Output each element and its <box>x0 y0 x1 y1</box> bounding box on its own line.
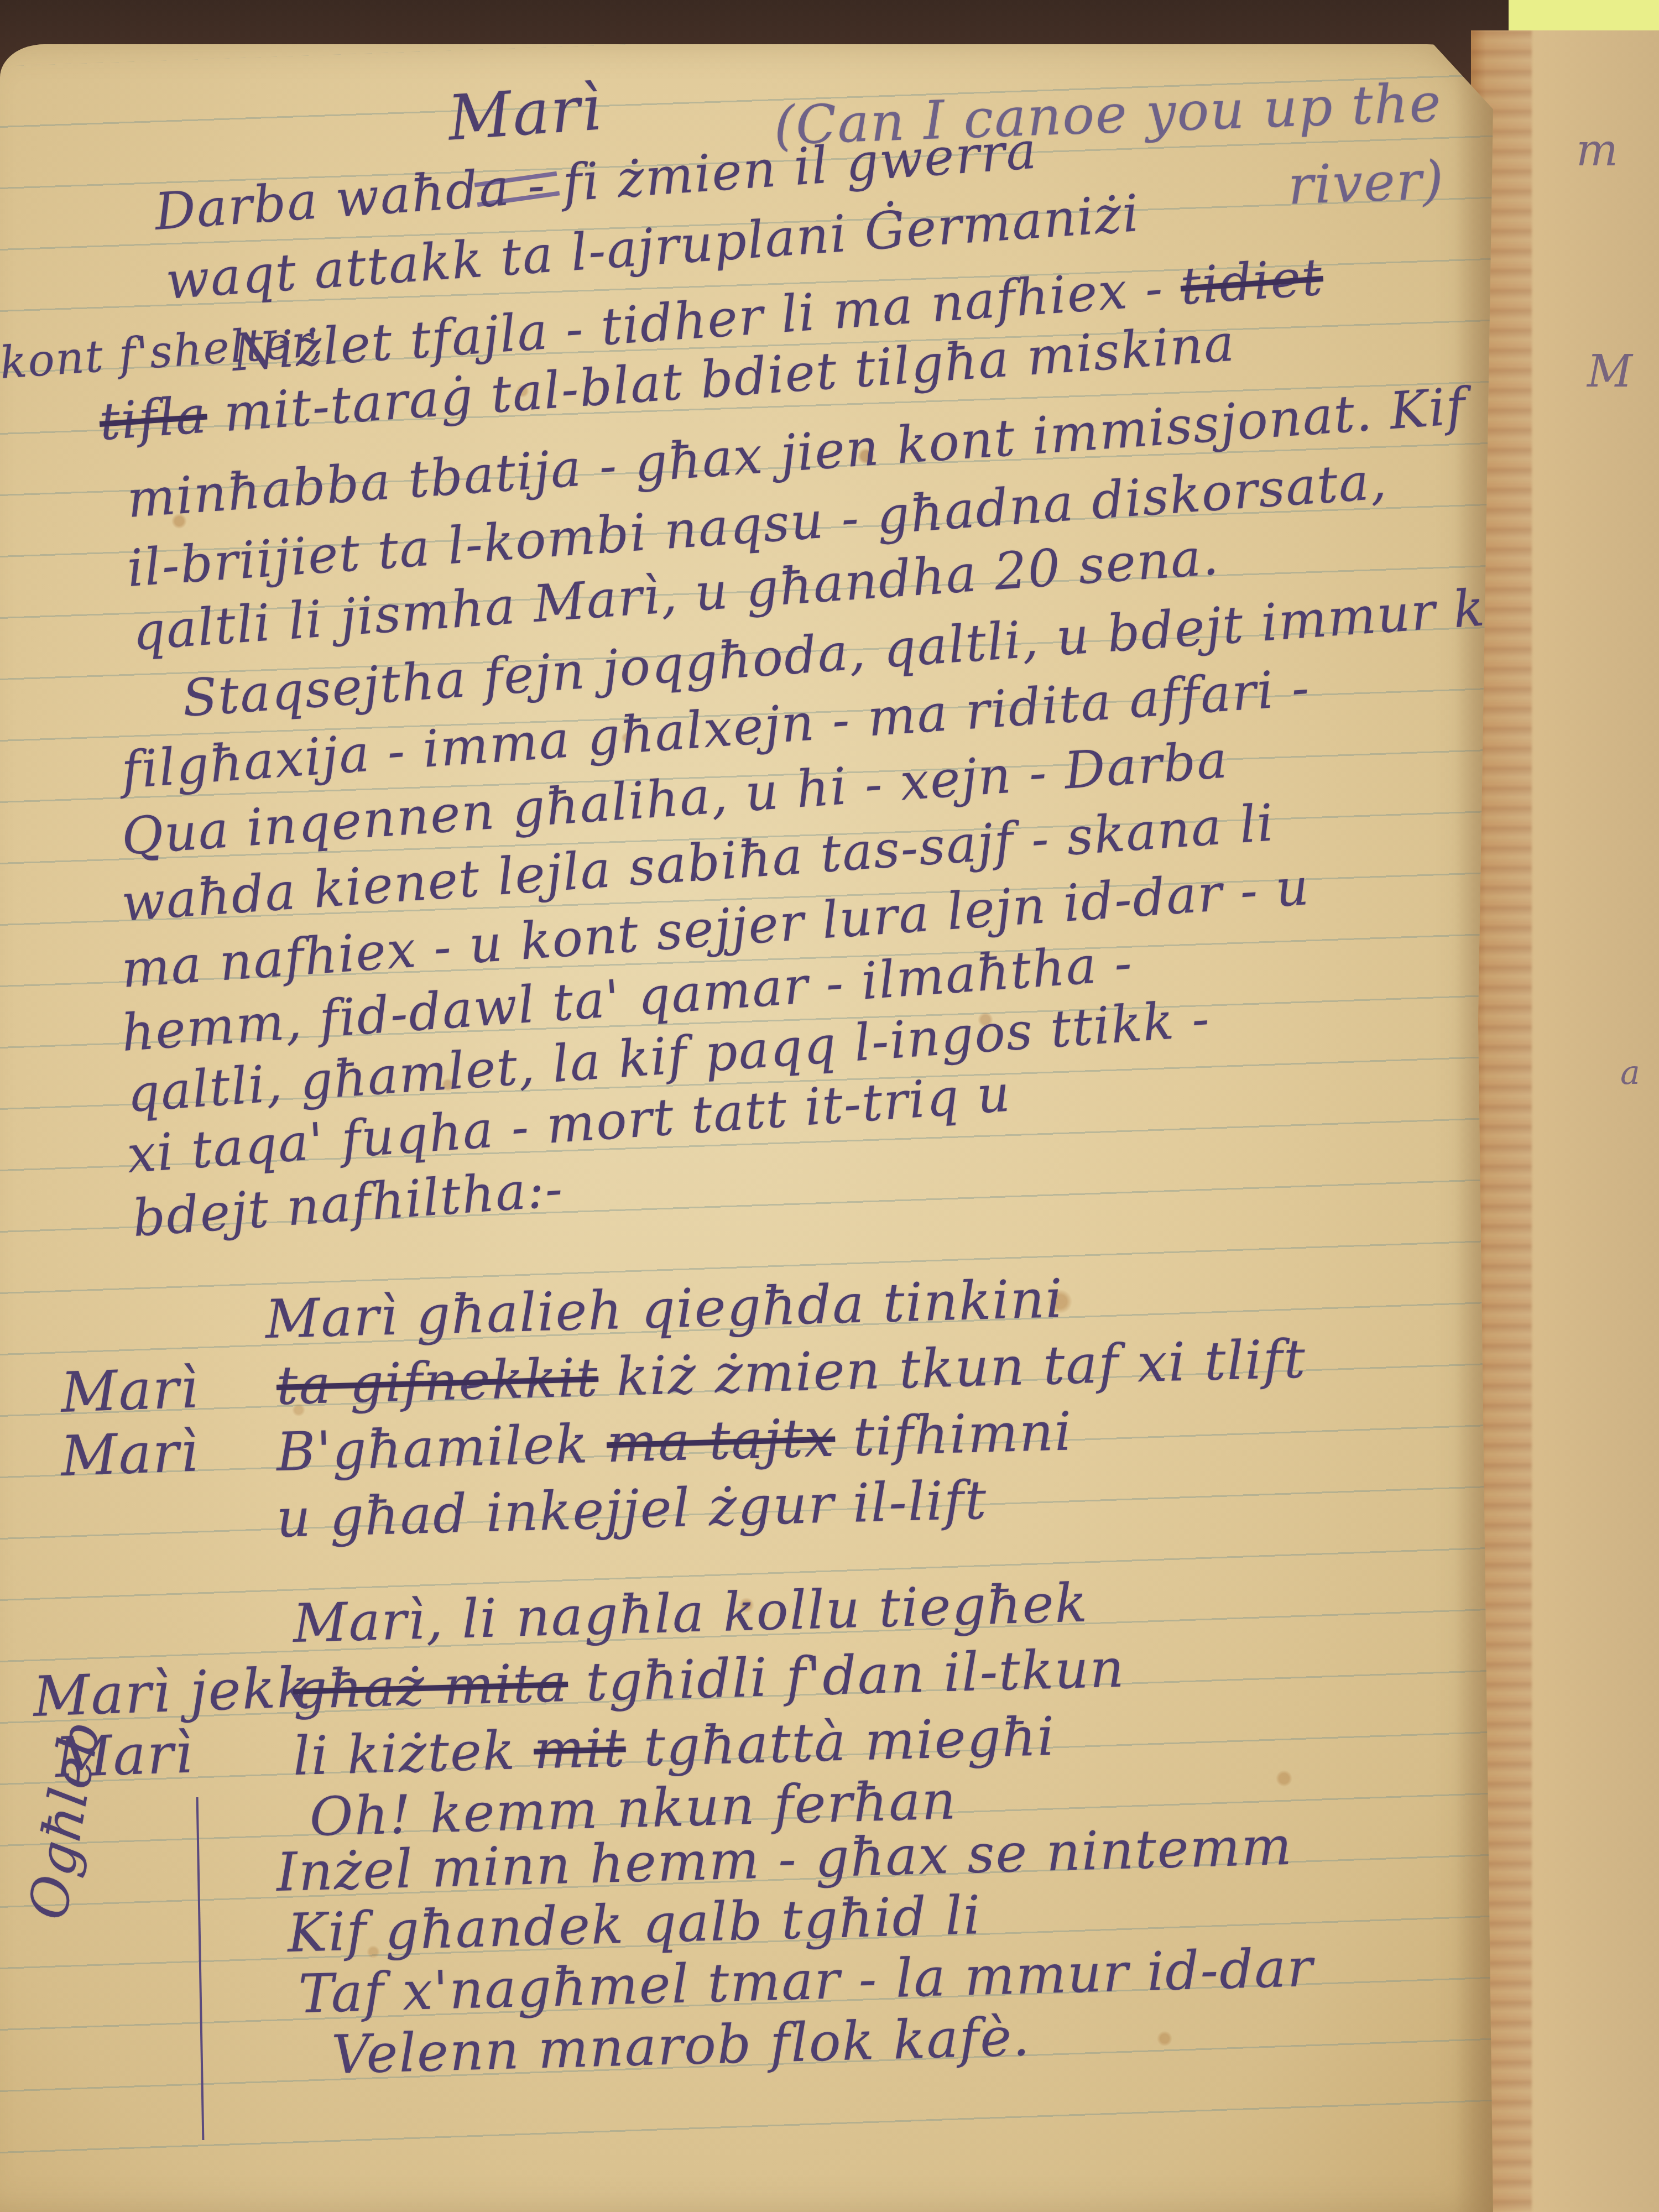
right-page-fragment: M <box>1587 346 1632 397</box>
photo-scene: m M a Marì (Can I canoe you up the river… <box>0 0 1659 2212</box>
right-page-fragment: a <box>1620 1053 1640 1092</box>
struck-text: tidiet <box>1178 247 1325 316</box>
verse-margin-name: Marì <box>60 1419 200 1489</box>
verse-margin-name: Marì <box>60 1355 200 1425</box>
struck-text: mit <box>533 1717 627 1781</box>
struck-text: ta gifnekkit <box>276 1347 599 1417</box>
right-page: m M a <box>1471 30 1659 2212</box>
page-title: Marì <box>446 72 604 154</box>
struck-text: ma tajtx <box>606 1407 836 1475</box>
struck-text: tifla <box>97 385 209 452</box>
struck-text: għaż mita <box>293 1652 569 1721</box>
sticky-note <box>1509 0 1659 30</box>
right-page-fragment: m <box>1576 124 1618 176</box>
notebook-page: Marì (Can I canoe you up the river) Darb… <box>0 44 1493 2212</box>
verse-margin-name: Marì jekk <box>32 1655 312 1729</box>
